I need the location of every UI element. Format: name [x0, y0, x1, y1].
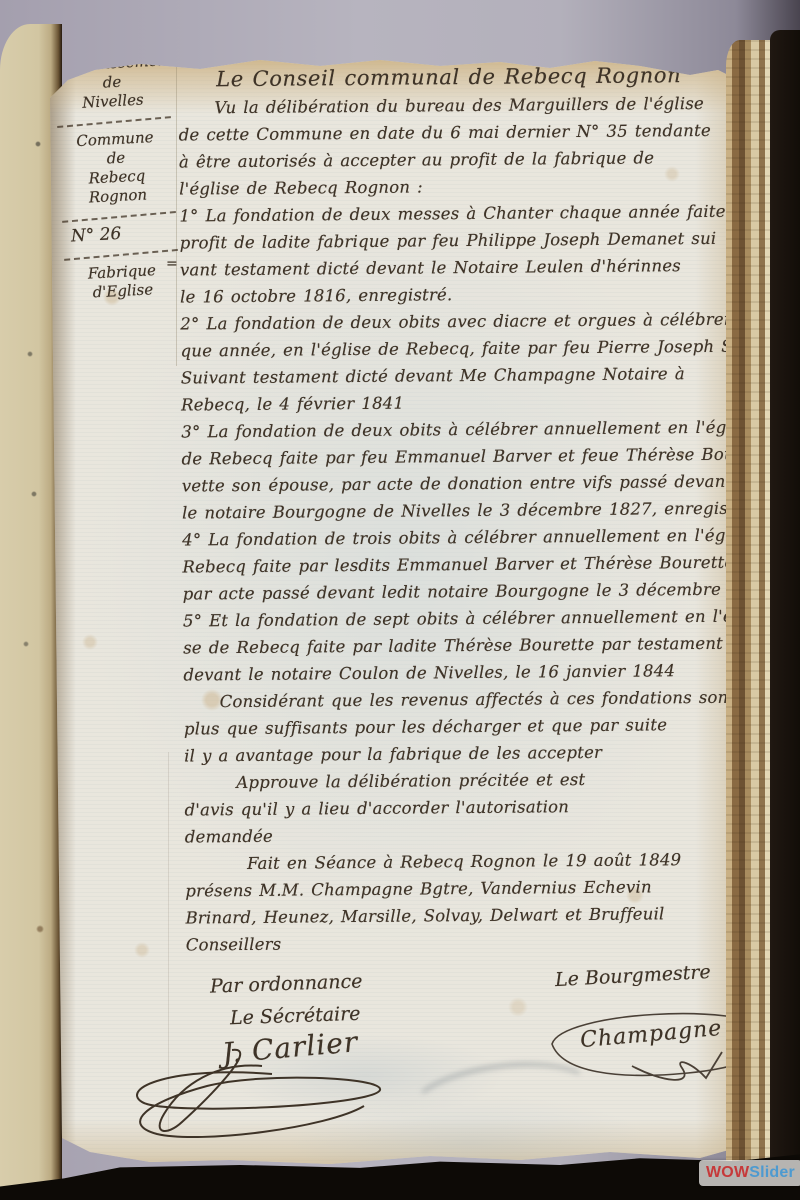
- watermark-slider-text: Slider: [749, 1164, 795, 1182]
- body-line: vant testament dicté devant le Notaire L…: [180, 252, 755, 284]
- margin-note-fabrique: Fabrique d'Eglise: [63, 260, 183, 304]
- closing-mayor-title: Le Bourgmestre: [555, 961, 712, 991]
- body-line: de cette Commune en date du 6 mai dernie…: [179, 117, 754, 149]
- manuscript-page: Arrondissement de Nivelles Commune de Re…: [50, 52, 750, 1177]
- margin-divider: [57, 111, 171, 128]
- margin-note-number: N° 26: [61, 222, 180, 247]
- body-line: Suivant testament dicté devant Me Champa…: [181, 359, 756, 391]
- watermark-wow-text: WOW: [706, 1164, 749, 1182]
- margin-divider: [62, 206, 176, 223]
- margin-tick-mark: =: [166, 256, 178, 272]
- body-line: Fait en Séance à Rebecq Rognon le 19 aoû…: [185, 845, 760, 877]
- body-line: Conseillers: [186, 926, 761, 958]
- wowslider-watermark[interactable]: WOWSlider: [699, 1160, 800, 1186]
- closing-secretary-title: Le Sécrétaire: [230, 1003, 361, 1030]
- photo-canvas: Arrondissement de Nivelles Commune de Re…: [0, 0, 800, 1200]
- body-text: Le Conseil communal de Rebecq Rognon Vu …: [178, 60, 761, 959]
- body-line: Considérant que les revenus affectés à c…: [184, 683, 759, 715]
- margin-note-commune: Commune de Rebecq Rognon: [56, 127, 178, 209]
- margin-note-line: Rebecq Rognon: [58, 165, 178, 209]
- margin-divider: [64, 244, 178, 261]
- closing-by-order: Par ordonnance: [210, 970, 363, 997]
- margin-annotations: Arrondissement de Nivelles Commune de Re…: [52, 51, 183, 306]
- book-cover-right: [770, 30, 800, 1200]
